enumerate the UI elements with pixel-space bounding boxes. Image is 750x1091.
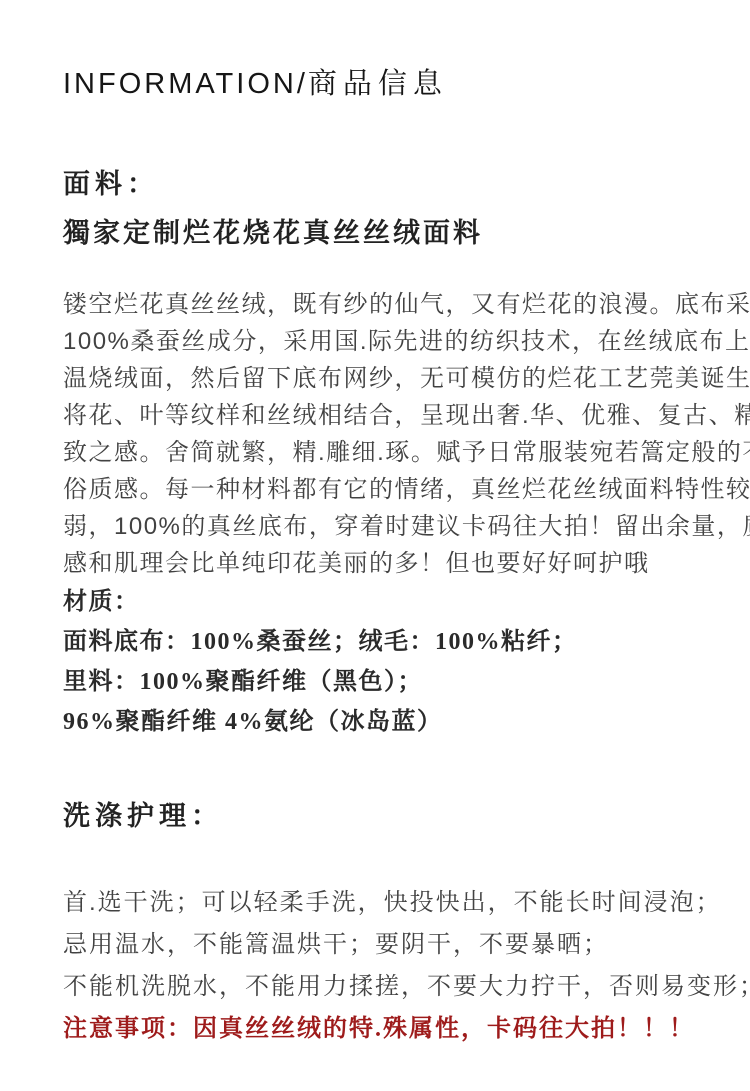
page-title-en: INFORMATION/ — [63, 68, 308, 100]
fabric-section-heading: 面料： — [63, 166, 712, 202]
fabric-description-line: 将花、叶等纹样和丝绒相结合，呈现出奢.华、优雅、复古、精. — [63, 397, 712, 434]
fabric-description-line: 镂空烂花真丝丝绒，既有纱的仙气，又有烂花的浪漫。底布采用 — [63, 286, 712, 323]
material-list: 材质： 面料底布：100%桑蚕丝；绒毛：100%粘纤； 里料：100%聚酯纤维（… — [63, 582, 712, 742]
page-title-zh: 商品信息 — [308, 68, 448, 100]
fabric-description-line: 致之感。舍简就繁，精.雕细.琢。赋予日常服装宛若篙定般的不 — [63, 434, 712, 471]
material-line: 96%聚酯纤维 4%氨纶（冰岛蓝） — [63, 702, 712, 742]
page-title: INFORMATION/商品信息 — [63, 66, 712, 102]
fabric-description-line: 100%桑蚕丝成分，采用国.际先进的纺织技术，在丝绒底布上篙 — [63, 323, 712, 360]
care-section-heading: 洗涤护理： — [63, 798, 712, 834]
care-warning-note: 注意事项：因真丝丝绒的特.殊属性，卡码往大拍！！！ — [63, 1008, 712, 1050]
fabric-description-line: 弱，100%的真丝底布，穿着时建议卡码往大拍！留出余量，质 — [63, 508, 712, 545]
fabric-description-line: 俗质感。每一种材料都有它的情绪，真丝烂花丝绒面料特性较脆 — [63, 471, 712, 508]
material-heading: 材质： — [63, 582, 712, 622]
care-instruction-line: 首.选干洗；可以轻柔手洗，快投快出，不能长时间浸泡； — [63, 882, 712, 924]
product-info-page: INFORMATION/商品信息 面料： 獨家定制烂花烧花真丝丝绒面料 镂空烂花… — [0, 0, 750, 1091]
fabric-description-line: 感和肌理会比单纯印花美丽的多！但也要好好呵护哦 — [63, 545, 712, 582]
care-instruction-line: 忌用温水，不能篙温烘干；要阴干，不要暴晒； — [63, 924, 712, 966]
fabric-description: 镂空烂花真丝丝绒，既有纱的仙气，又有烂花的浪漫。底布采用 100%桑蚕丝成分，采… — [63, 286, 712, 582]
fabric-subheading: 獨家定制烂花烧花真丝丝绒面料 — [63, 215, 712, 251]
fabric-description-line: 温烧绒面，然后留下底布网纱，无可模仿的烂花工艺莞美诞生， — [63, 360, 712, 397]
care-instruction-line: 不能机洗脱水，不能用力揉搓，不要大力拧干，否则易变形； — [63, 966, 712, 1008]
care-instructions: 首.选干洗；可以轻柔手洗，快投快出，不能长时间浸泡； 忌用温水，不能篙温烘干；要… — [63, 882, 712, 1050]
material-line: 面料底布：100%桑蚕丝；绒毛：100%粘纤； — [63, 622, 712, 662]
material-line: 里料：100%聚酯纤维（黑色）； — [63, 662, 712, 702]
